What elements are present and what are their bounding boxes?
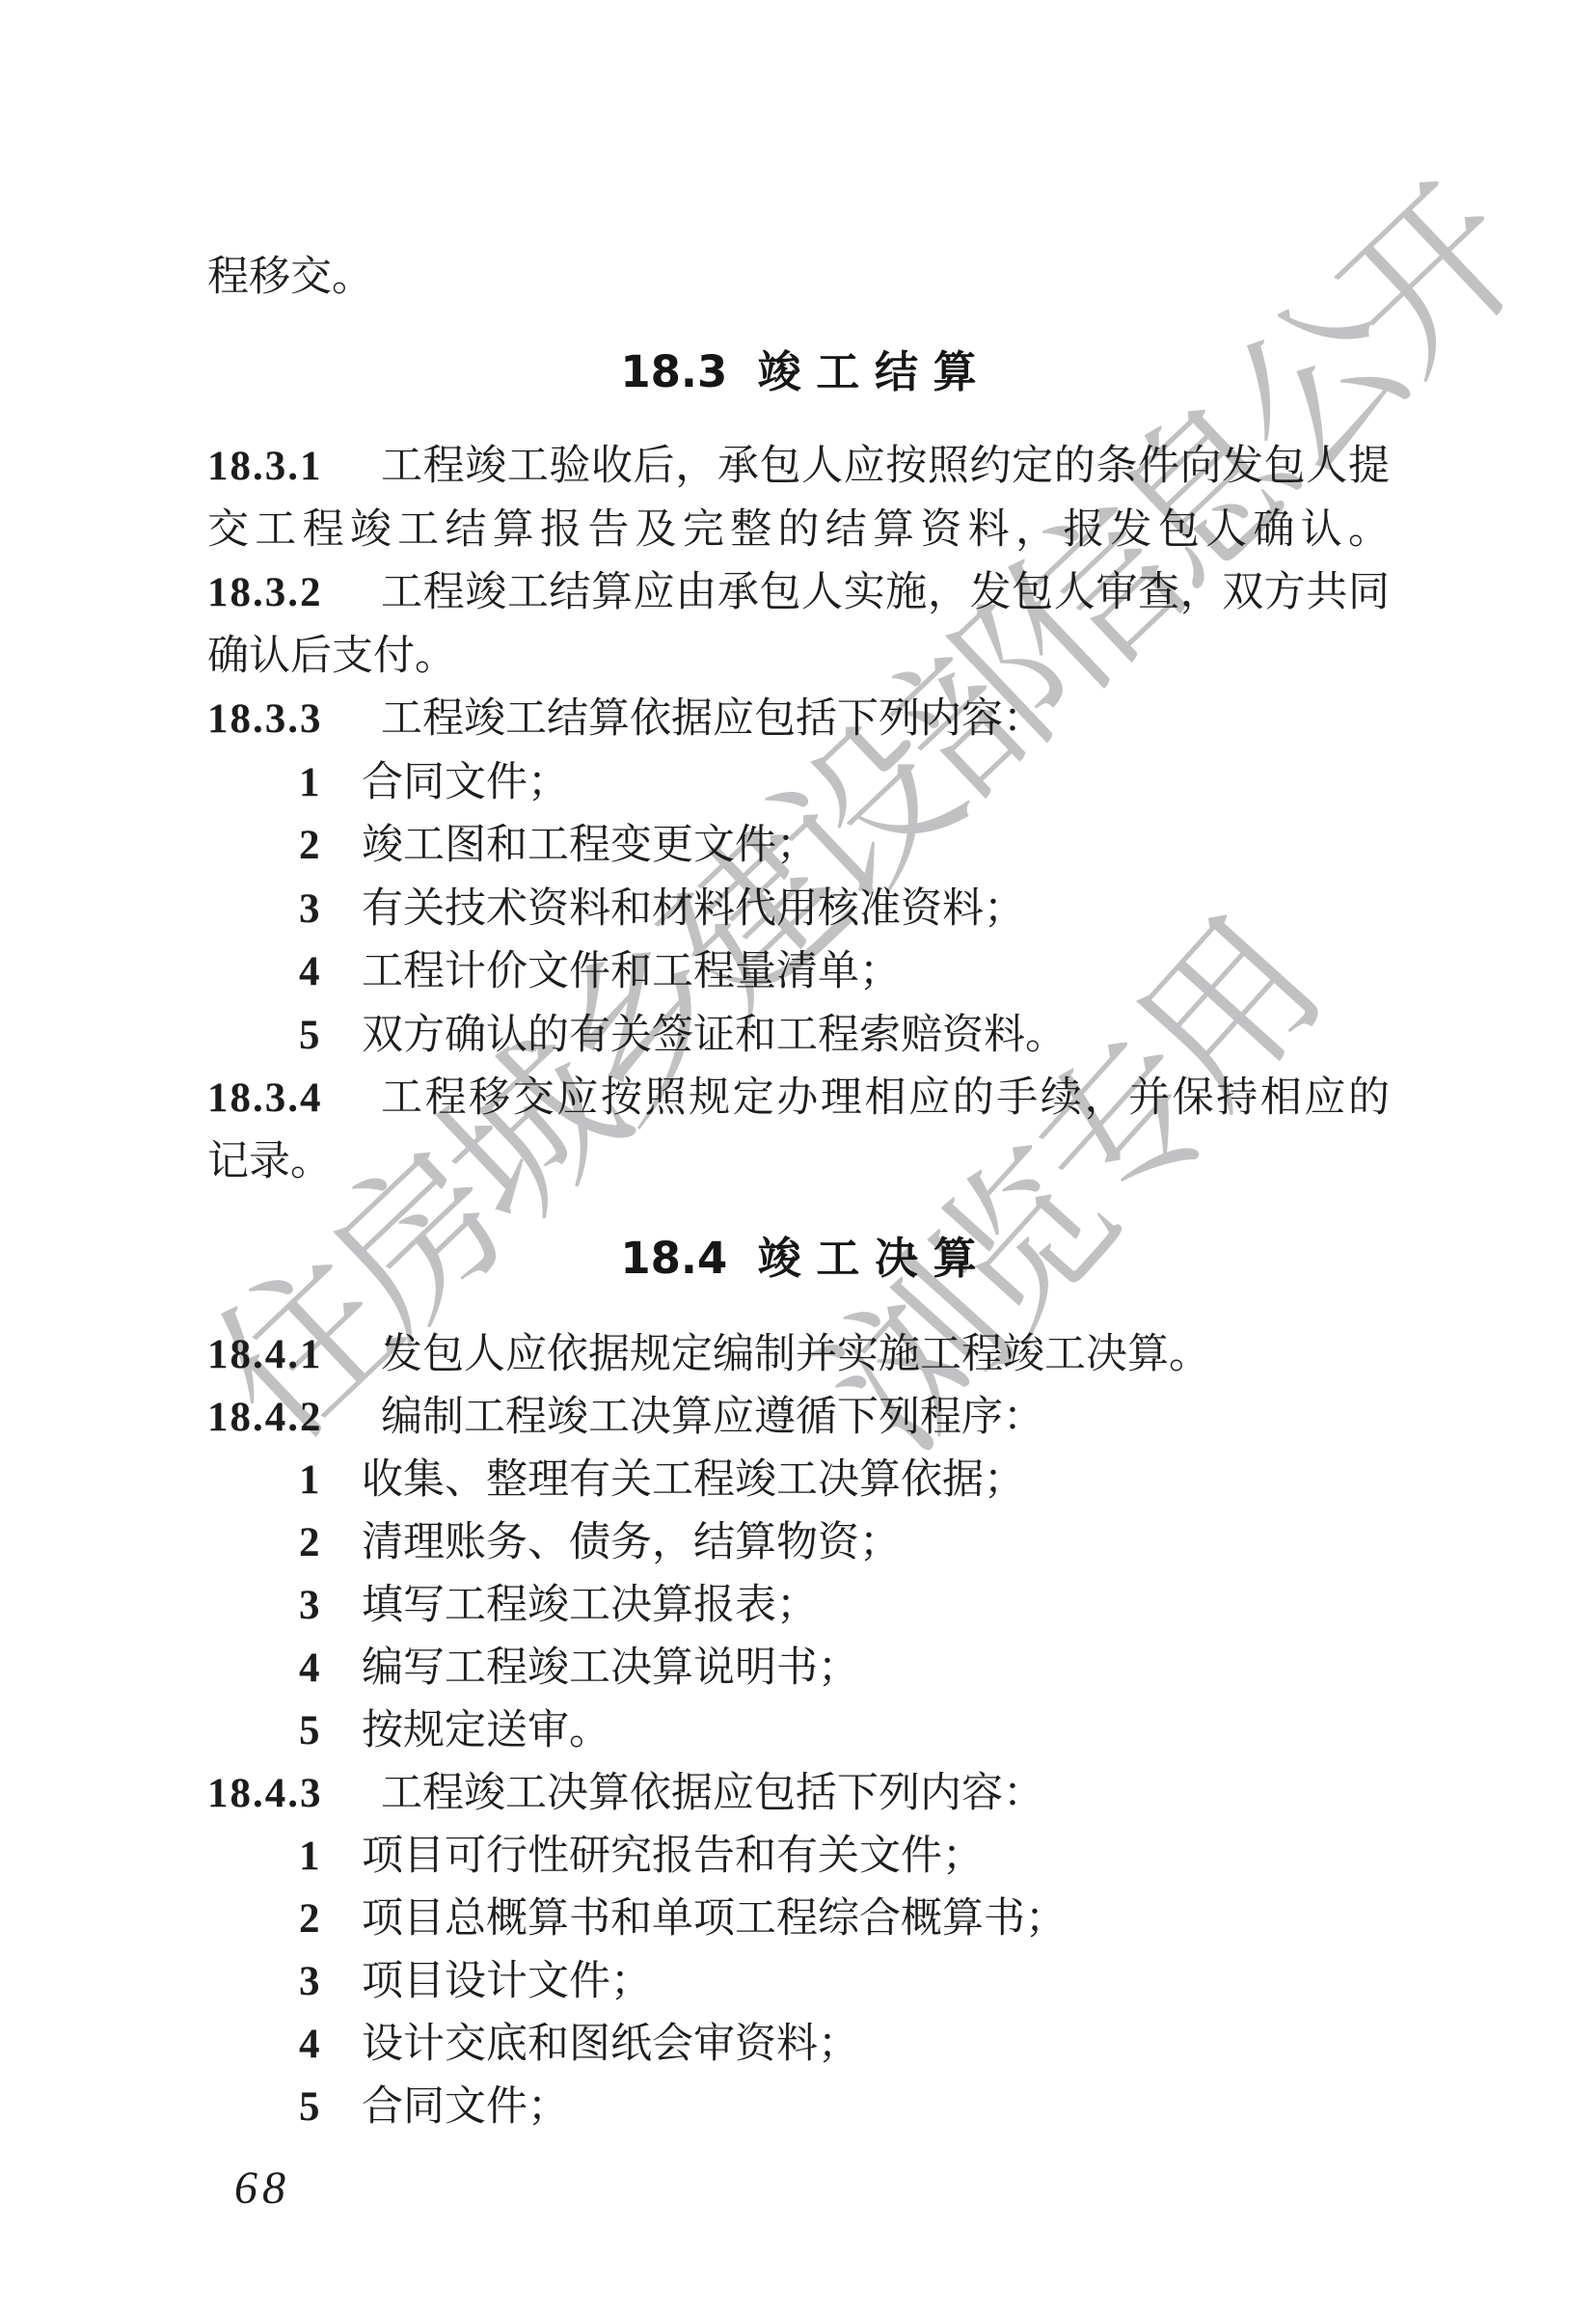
- list-item-text: 按规定送审。: [362, 1708, 610, 1754]
- list-item: 5按规定送审。: [207, 1699, 1390, 1763]
- list-item: 1项目可行性研究报告和有关文件；: [207, 1825, 1390, 1889]
- list-item-number: 2: [299, 1511, 362, 1575]
- list-item: 4编写工程竣工决算说明书；: [207, 1637, 1390, 1700]
- list-item-text: 项目可行性研究报告和有关文件；: [362, 1834, 984, 1879]
- list-item: 2项目总概算书和单项工程综合概算书；: [207, 1888, 1390, 1951]
- list-item: 5双方确认的有关签证和工程索赔资料。: [207, 1004, 1390, 1068]
- list-item-text: 项目设计文件；: [362, 1959, 652, 2004]
- list-item-number: 4: [299, 940, 362, 1004]
- clause-number: 18.3.4: [207, 1067, 381, 1130]
- list-item: 3项目设计文件；: [207, 1950, 1390, 2014]
- clause-18-3-1-line-1: 18.3.1工程竣工验收后，承包人应按照约定的条件向发包人提: [207, 435, 1390, 499]
- clause-number: 18.3.2: [207, 561, 381, 625]
- clause-text: 发包人应依据规定编制并实施工程竣工决算。: [381, 1323, 1390, 1387]
- list-item-text: 项目总概算书和单项工程综合概算书；: [362, 1896, 1067, 1942]
- list-item: 4设计交底和图纸会审资料；: [207, 2013, 1390, 2077]
- clause-18-3-2-line-1: 18.3.2工程竣工结算应由承包人实施，发包人审查，双方共同: [207, 561, 1390, 625]
- paragraph-continuation-intro: 程移交。: [207, 246, 1390, 310]
- list-item-text: 竣工图和工程变更文件；: [362, 823, 818, 868]
- clause-18-4-1: 18.4.1发包人应依据规定编制并实施工程竣工决算。: [207, 1323, 1390, 1387]
- clause-number: 18.4.1: [207, 1323, 381, 1387]
- list-item: 3填写工程竣工决算报表；: [207, 1574, 1390, 1638]
- list-item: 2竣工图和工程变更文件；: [207, 814, 1390, 878]
- clause-text: 工程竣工结算应由承包人实施，发包人审查，双方共同: [381, 561, 1390, 625]
- list-item-number: 1: [299, 1449, 362, 1512]
- list-item-text: 合同文件；: [362, 2084, 569, 2130]
- list-item-number: 5: [299, 1004, 362, 1068]
- list-item-text: 工程计价文件和工程量清单；: [362, 949, 901, 994]
- clause-18-4-3: 18.4.3工程竣工决算依据应包括下列内容：: [207, 1762, 1390, 1826]
- page-number: 68: [234, 2157, 290, 2220]
- clause-18-3-4-line-1: 18.3.4工程移交应按照规定办理相应的手续，并保持相应的: [207, 1067, 1390, 1130]
- list-item: 2清理账务、债务，结算物资；: [207, 1511, 1390, 1575]
- clause-number: 18.3.1: [207, 435, 381, 499]
- document-page: 住房城乡建设部信息公开 浏览专用 程移交。 18.3 竣 工 结 算 18.3.…: [0, 0, 1596, 2311]
- list-item-text: 设计交底和图纸会审资料；: [362, 2022, 859, 2067]
- list-item-text: 双方确认的有关签证和工程索赔资料。: [362, 1013, 1067, 1058]
- list-item: 3有关技术资料和材料代用核准资料；: [207, 878, 1390, 941]
- list-item: 1收集、整理有关工程竣工决算依据；: [207, 1449, 1390, 1512]
- list-item-number: 1: [299, 751, 362, 815]
- list-item-number: 5: [299, 1699, 362, 1763]
- clause-text: 编制工程竣工决算应遵循下列程序：: [381, 1386, 1390, 1450]
- section-heading-18-4: 18.4 竣 工 决 算: [207, 1227, 1390, 1291]
- clause-number: 18.3.3: [207, 688, 381, 751]
- list-item-text: 合同文件；: [362, 760, 569, 805]
- list-item-text: 收集、整理有关工程竣工决算依据；: [362, 1457, 1025, 1503]
- list-item-number: 1: [299, 1825, 362, 1889]
- clause-18-3-2-line-2: 确认后支付。: [207, 625, 1390, 689]
- section-heading-18-3: 18.3 竣 工 结 算: [207, 340, 1390, 404]
- clause-18-4-2: 18.4.2编制工程竣工决算应遵循下列程序：: [207, 1386, 1390, 1450]
- list-item-text: 填写工程竣工决算报表；: [362, 1583, 818, 1628]
- clause-18-3-4-line-2: 记录。: [207, 1130, 1390, 1194]
- list-item-text: 有关技术资料和材料代用核准资料；: [362, 886, 1025, 932]
- clause-text: 工程竣工决算依据应包括下列内容：: [381, 1762, 1390, 1826]
- clause-text: 工程竣工结算依据应包括下列内容：: [381, 688, 1390, 751]
- list-item-text: 清理账务、债务，结算物资；: [362, 1520, 901, 1565]
- clause-18-3-3: 18.3.3工程竣工结算依据应包括下列内容：: [207, 688, 1390, 751]
- clause-number: 18.4.2: [207, 1386, 381, 1450]
- list-item-number: 5: [299, 2076, 362, 2139]
- clause-text: 工程移交应按照规定办理相应的手续，并保持相应的: [381, 1067, 1390, 1130]
- clause-number: 18.4.3: [207, 1762, 381, 1826]
- list-item-text: 编写工程竣工决算说明书；: [362, 1645, 859, 1691]
- list-item-number: 2: [299, 814, 362, 878]
- list-item: 5合同文件；: [207, 2076, 1390, 2139]
- list-item-number: 4: [299, 1637, 362, 1700]
- list-item: 4工程计价文件和工程量清单；: [207, 940, 1390, 1004]
- list-item-number: 3: [299, 1574, 362, 1638]
- clause-text: 工程竣工验收后，承包人应按照约定的条件向发包人提: [381, 435, 1390, 499]
- list-item-number: 4: [299, 2013, 362, 2077]
- clause-18-3-1-line-2: 交工程竣工结算报告及完整的结算资料，报发包人确认。: [207, 499, 1390, 562]
- list-item: 1合同文件；: [207, 751, 1390, 815]
- list-item-number: 3: [299, 878, 362, 941]
- list-item-number: 3: [299, 1950, 362, 2014]
- list-item-number: 2: [299, 1888, 362, 1951]
